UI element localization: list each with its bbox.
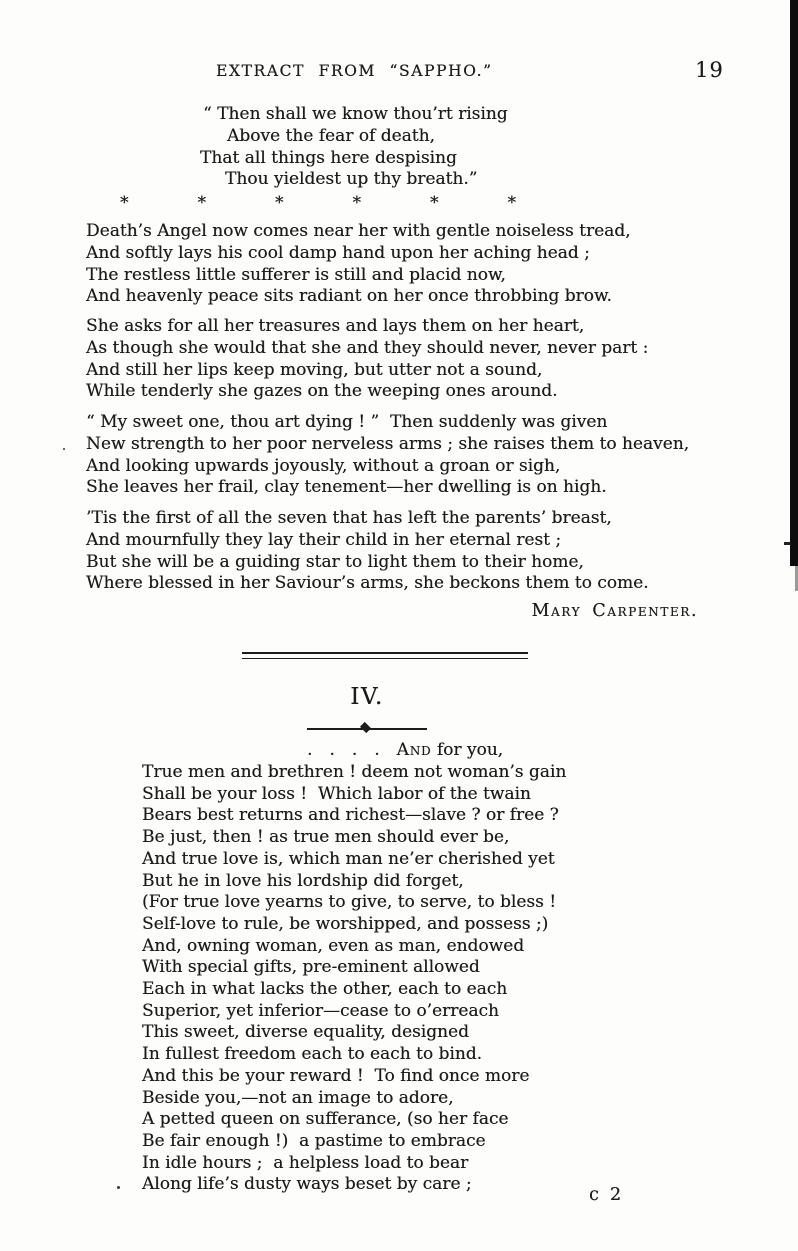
poem-line: Superior, yet inferior—cease to o’erreac… — [142, 1001, 566, 1023]
poem-quatrain: “ Then shall we know thou’rt risingAbove… — [200, 104, 508, 191]
poem-line: But she will be a guiding star to light … — [86, 552, 649, 574]
poem-line: And, owning woman, even as man, endowed — [142, 936, 566, 958]
poem-stanza-3: “ My sweet one, thou art dying ! ” Then … — [86, 412, 689, 499]
scan-speck — [63, 448, 65, 450]
poem-stanza-2: She asks for all her treasures and lays … — [86, 316, 648, 403]
poem-line: And looking upwards joyously, without a … — [86, 456, 689, 478]
poem-line: While tenderly she gazes on the weeping … — [86, 381, 648, 403]
asterisk-glyph: * — [198, 193, 207, 213]
poem-line: True men and brethren ! deem not woman’s… — [142, 762, 566, 784]
poem-line: And mournfully they lay their child in h… — [86, 530, 649, 552]
poem-line: And softly lays his cool damp hand upon … — [86, 243, 631, 265]
asterisk-glyph: * — [430, 193, 439, 213]
asterisk-glyph: * — [508, 193, 517, 213]
poem-line: Each in what lacks the other, each to ea… — [142, 979, 566, 1001]
poem-line: That all things here despising — [200, 148, 508, 170]
poem-line: And heavenly peace sits radiant on her o… — [86, 286, 631, 308]
poem-opening-line: . . . . And for you, — [307, 740, 503, 760]
diamond-icon — [360, 722, 371, 733]
poem-line: But he in love his lordship did forget, — [142, 871, 566, 893]
asterisk-separator: ****** — [120, 193, 516, 213]
section-poem-body: True men and brethren ! deem not woman’s… — [142, 762, 566, 1196]
poem-line: Shall be your loss ! Which labor of the … — [142, 784, 566, 806]
asterisk-glyph: * — [275, 193, 284, 213]
press-signature-mark: c 2 — [589, 1185, 621, 1205]
poem-line: Be just, then ! as true men should ever … — [142, 827, 566, 849]
poem-stanza-1: Death’s Angel now comes near her with ge… — [86, 221, 631, 308]
poem-line: “ Then shall we know thou’rt rising — [203, 104, 508, 126]
opening-line-rest: for you, — [431, 740, 503, 760]
section-heading: IV. — [87, 684, 647, 710]
asterisk-glyph: * — [353, 193, 362, 213]
author-signature: Mary Carpenter. — [87, 601, 698, 621]
poem-stanza-4: ’Tis the first of all the seven that has… — [86, 508, 649, 595]
page-number: 19 — [695, 58, 724, 82]
poem-line: Self-love to rule, be worshipped, and po… — [142, 914, 566, 936]
poem-line: “ My sweet one, thou art dying ! ” Then … — [86, 412, 689, 434]
poem-line: With special gifts, pre-eminent allowed — [142, 957, 566, 979]
poem-line: Where blessed in her Saviour’s arms, she… — [86, 573, 649, 595]
poem-line: And this be your reward ! To find once m… — [142, 1066, 566, 1088]
poem-line: The restless little sufferer is still an… — [86, 265, 631, 287]
page-header-title: EXTRACT FROM “SAPPHO.” — [216, 62, 493, 80]
poem-line: (For true love yearns to give, to serve,… — [142, 892, 566, 914]
poem-line: In idle hours ; a helpless load to bear — [142, 1153, 566, 1175]
scan-edge-bar — [790, 0, 798, 566]
small-caps-word: And — [397, 740, 432, 760]
poem-line: And true love is, which man ne’er cheris… — [142, 849, 566, 871]
book-page: EXTRACT FROM “SAPPHO.” 19 “ Then shall w… — [0, 0, 798, 1251]
poem-line: ’Tis the first of all the seven that has… — [86, 508, 649, 530]
poem-line: Along life’s dusty ways beset by care ; — [142, 1174, 566, 1196]
poem-line: Bears best returns and richest—slave ? o… — [142, 805, 566, 827]
poem-line: Thou yieldest up thy breath.” — [225, 169, 508, 191]
ellipsis-dots: . . . . — [307, 740, 397, 760]
poem-line: She asks for all her treasures and lays … — [86, 316, 648, 338]
asterisk-glyph: * — [120, 193, 129, 213]
scan-edge-tick — [784, 542, 791, 545]
poem-line: A petted queen on sufferance, (so her fa… — [142, 1109, 566, 1131]
poem-line: Above the fear of death, — [227, 126, 508, 148]
poem-line: Death’s Angel now comes near her with ge… — [86, 221, 631, 243]
section-divider-rule — [242, 652, 528, 659]
poem-line: She leaves her frail, clay tenement—her … — [86, 477, 689, 499]
poem-line: And still her lips keep moving, but utte… — [86, 360, 648, 382]
poem-line: In fullest freedom each to each to bind. — [142, 1044, 566, 1066]
poem-line: Beside you,—not an image to adore, — [142, 1088, 566, 1110]
scan-speck — [117, 1186, 120, 1189]
ornament-rule — [307, 728, 427, 730]
poem-line: This sweet, diverse equality, designed — [142, 1022, 566, 1044]
poem-line: Be fair enough !) a pastime to embrace — [142, 1131, 566, 1153]
poem-line: New strength to her poor nerveless arms … — [86, 434, 689, 456]
poem-line: As though she would that she and they sh… — [86, 338, 648, 360]
